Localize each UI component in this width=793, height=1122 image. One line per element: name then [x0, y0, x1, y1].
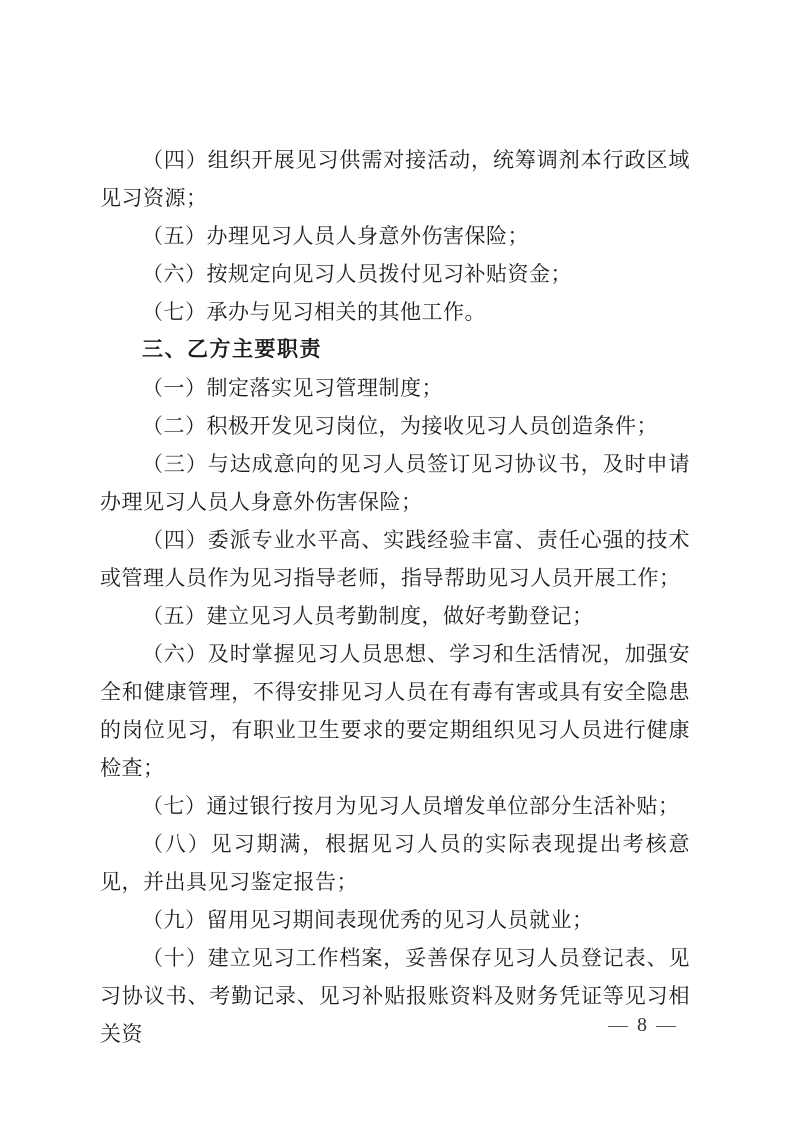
- paragraph-party-a-duty-4: （四）组织开展见习供需对接活动，统筹调剂本行政区域见习资源；: [100, 141, 690, 217]
- paragraph-party-b-duty-10: （十）建立见习工作档案，妥善保存见习人员登记表、见习协议书、考勤记录、见习补贴报…: [100, 939, 690, 1053]
- paragraph-party-b-duty-4: （四）委派专业水平高、实践经验丰富、责任心强的技术或管理人员作为见习指导老师，指…: [100, 521, 690, 597]
- paragraph-party-b-duty-9: （九）留用见习期间表现优秀的见习人员就业；: [100, 901, 690, 939]
- paragraph-party-b-duty-3: （三）与达成意向的见习人员签订见习协议书，及时申请办理见习人员人身意外伤害保险；: [100, 445, 690, 521]
- paragraph-party-b-duty-6: （六）及时掌握见习人员思想、学习和生活情况，加强安全和健康管理，不得安排见习人员…: [100, 635, 690, 787]
- document-page: （四）组织开展见习供需对接活动，统筹调剂本行政区域见习资源； （五）办理见习人员…: [0, 0, 793, 1122]
- footer-right-dash: —: [656, 1012, 676, 1038]
- footer-left-dash: —: [608, 1012, 628, 1038]
- paragraph-party-a-duty-6: （六）按规定向见习人员拨付见习补贴资金；: [100, 255, 690, 293]
- paragraph-party-a-duty-5: （五）办理见习人员人身意外伤害保险；: [100, 217, 690, 255]
- paragraph-party-b-duty-7: （七）通过银行按月为见习人员增发单位部分生活补贴；: [100, 787, 690, 825]
- paragraph-party-b-duty-1: （一）制定落实见习管理制度；: [100, 369, 690, 407]
- paragraph-party-b-duty-2: （二）积极开发见习岗位，为接收见习人员创造条件；: [100, 407, 690, 445]
- paragraph-party-b-duty-8: （八）见习期满，根据见习人员的实际表现提出考核意见，并出具见习鉴定报告；: [100, 825, 690, 901]
- page-number: 8: [637, 1012, 647, 1038]
- page-footer: — 8 —: [608, 1012, 676, 1038]
- paragraph-party-b-duty-5: （五）建立见习人员考勤制度，做好考勤登记；: [100, 597, 690, 635]
- document-body: （四）组织开展见习供需对接活动，统筹调剂本行政区域见习资源； （五）办理见习人员…: [100, 141, 690, 1053]
- section-heading-party-b-duties: 三、乙方主要职责: [100, 331, 690, 369]
- paragraph-party-a-duty-7: （七）承办与见习相关的其他工作。: [100, 293, 690, 331]
